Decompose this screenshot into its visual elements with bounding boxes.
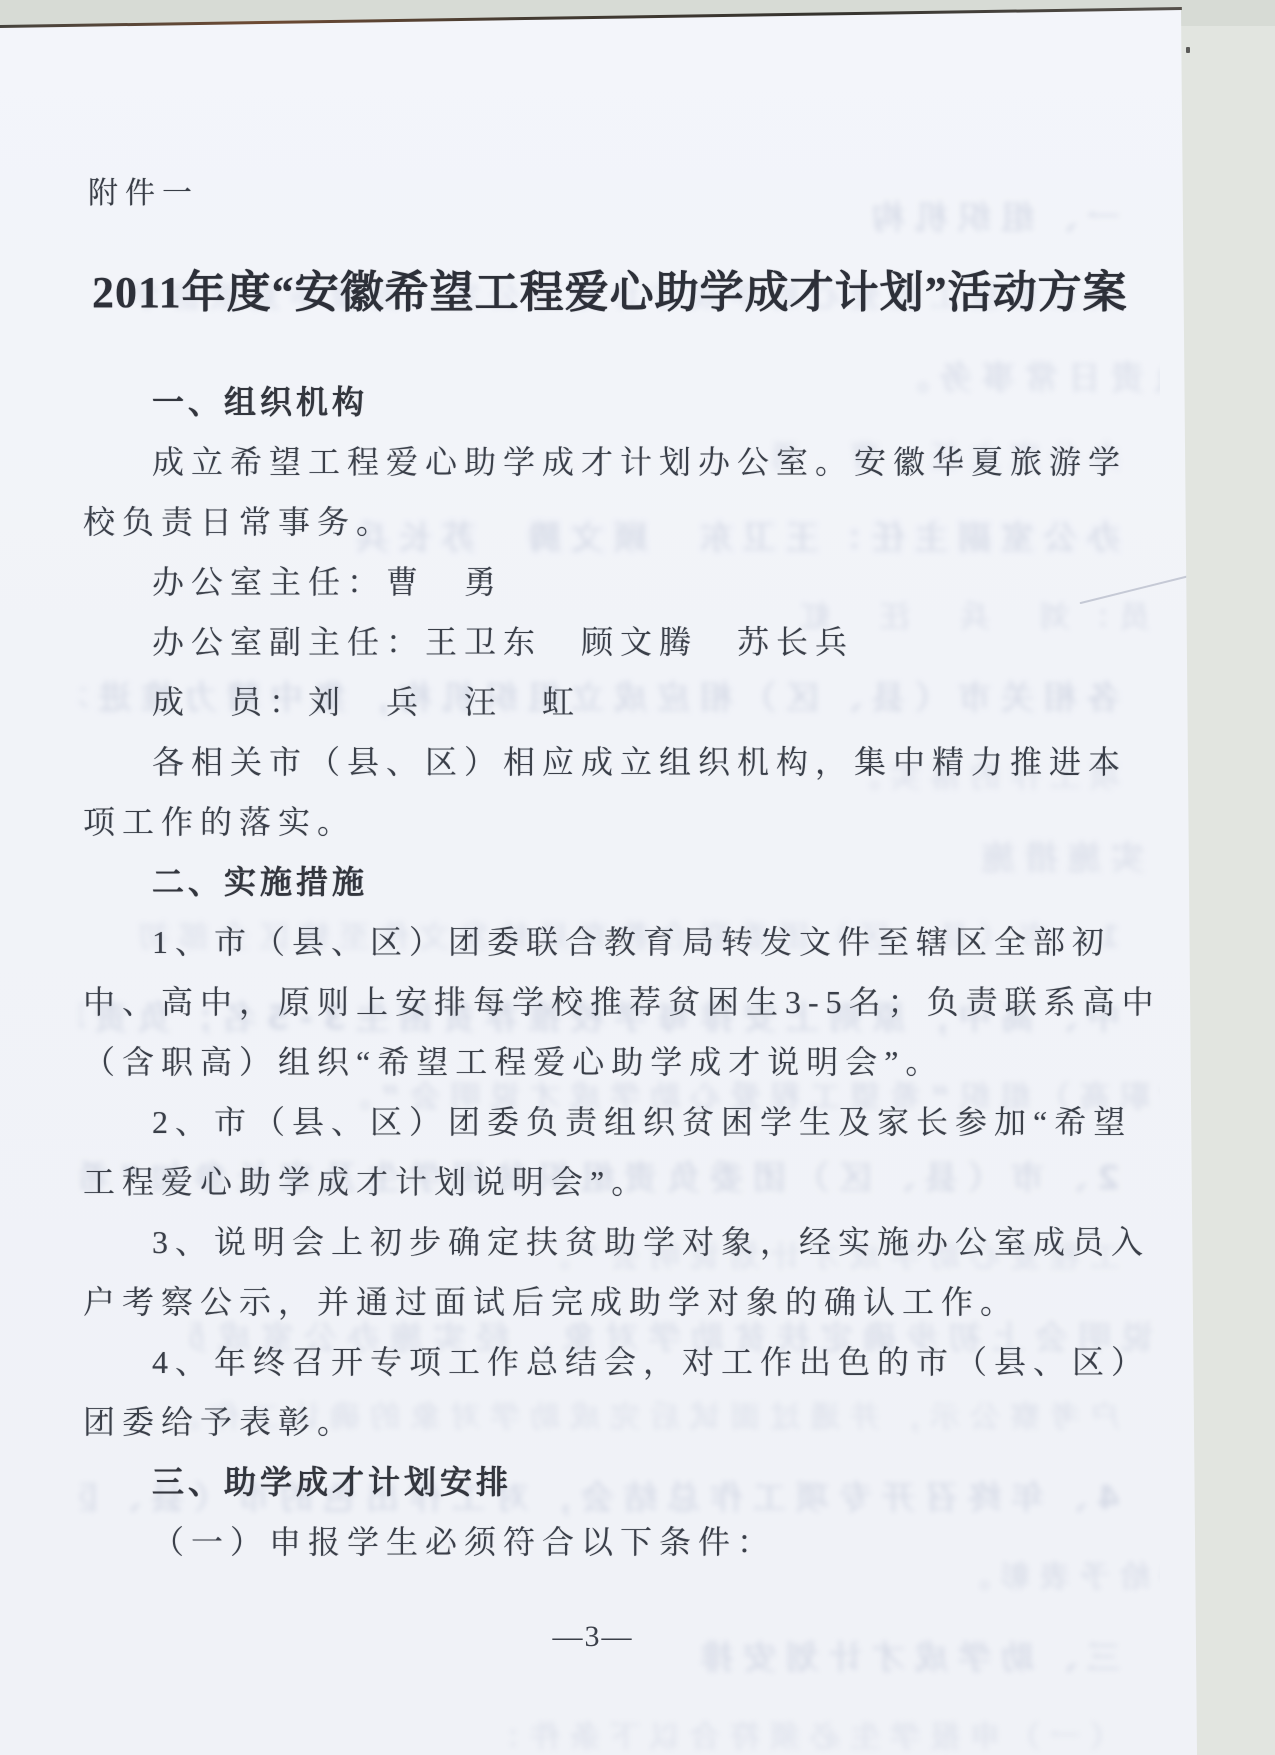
text-line: 成立希望工程爱心助学成才计划办公室。安徽华夏旅游学: [83, 432, 1158, 492]
paper-sheet: 一、组织机构成立希望工程爱心助学成才计划办公室。安徽华夏旅游学校负责日常事务。办…: [0, 0, 1275, 1755]
bleedthrough-smudge: 一、组织机构: [80, 192, 1120, 239]
text-line: 4、年终召开专项工作总结会，对工作出色的市（县、区）: [83, 1332, 1158, 1392]
text-line: 办公室主任：曹 勇: [83, 552, 1158, 612]
text-line: 二、实施措施: [83, 852, 1158, 912]
text-line: 各相关市（县、区）相应成立组织机构，集中精力推进本: [83, 732, 1158, 792]
attachment-label: 附件一: [88, 168, 199, 212]
text-line: 2、市（县、区）团委负责组织贫困学生及家长参加“希望: [83, 1092, 1158, 1152]
text-line: 办公室副主任：王卫东 顾文腾 苏长兵: [83, 612, 1158, 672]
text-line: （一）申报学生必须符合以下条件：: [83, 1512, 1158, 1572]
scanned-document-page: 一、组织机构成立希望工程爱心助学成才计划办公室。安徽华夏旅游学校负责日常事务。办…: [0, 0, 1275, 1755]
bleedthrough-smudge: （一）申报学生必须符合以下条件：: [80, 1712, 1120, 1755]
text-line: 3、说明会上初步确定扶贫助学对象，经实施办公室成员入: [83, 1212, 1158, 1272]
text-line: 项工作的落实。: [83, 792, 1158, 852]
text-line: 三、助学成才计划安排: [83, 1452, 1158, 1512]
document-title: 2011年度“安徽希望工程爱心助学成才计划”活动方案: [92, 256, 1128, 320]
text-line: 1、市（县、区）团委联合教育局转发文件至辖区全部初: [83, 912, 1158, 972]
text-line: 校负责日常事务。: [83, 492, 1158, 552]
document-body: 一、组织机构成立希望工程爱心助学成才计划办公室。安徽华夏旅游学校负责日常事务。办…: [83, 372, 1158, 1572]
scan-speck: [1186, 47, 1190, 53]
text-line: 户考察公示，并通过面试后完成助学对象的确认工作。: [83, 1272, 1158, 1332]
text-line: （含职高）组织“希望工程爱心助学成才说明会”。: [83, 1032, 1158, 1092]
page-number: —3—: [0, 1620, 1186, 1654]
text-line: 一、组织机构: [83, 372, 1158, 432]
text-line: 团委给予表彰。: [83, 1392, 1158, 1452]
text-line: 中、高中，原则上安排每学校推荐贫困生3-5名；负责联系高中: [83, 972, 1158, 1032]
text-line: 成 员：刘 兵 汪 虹: [83, 672, 1158, 732]
text-line: 工程爱心助学成才计划说明会”。: [83, 1152, 1158, 1212]
